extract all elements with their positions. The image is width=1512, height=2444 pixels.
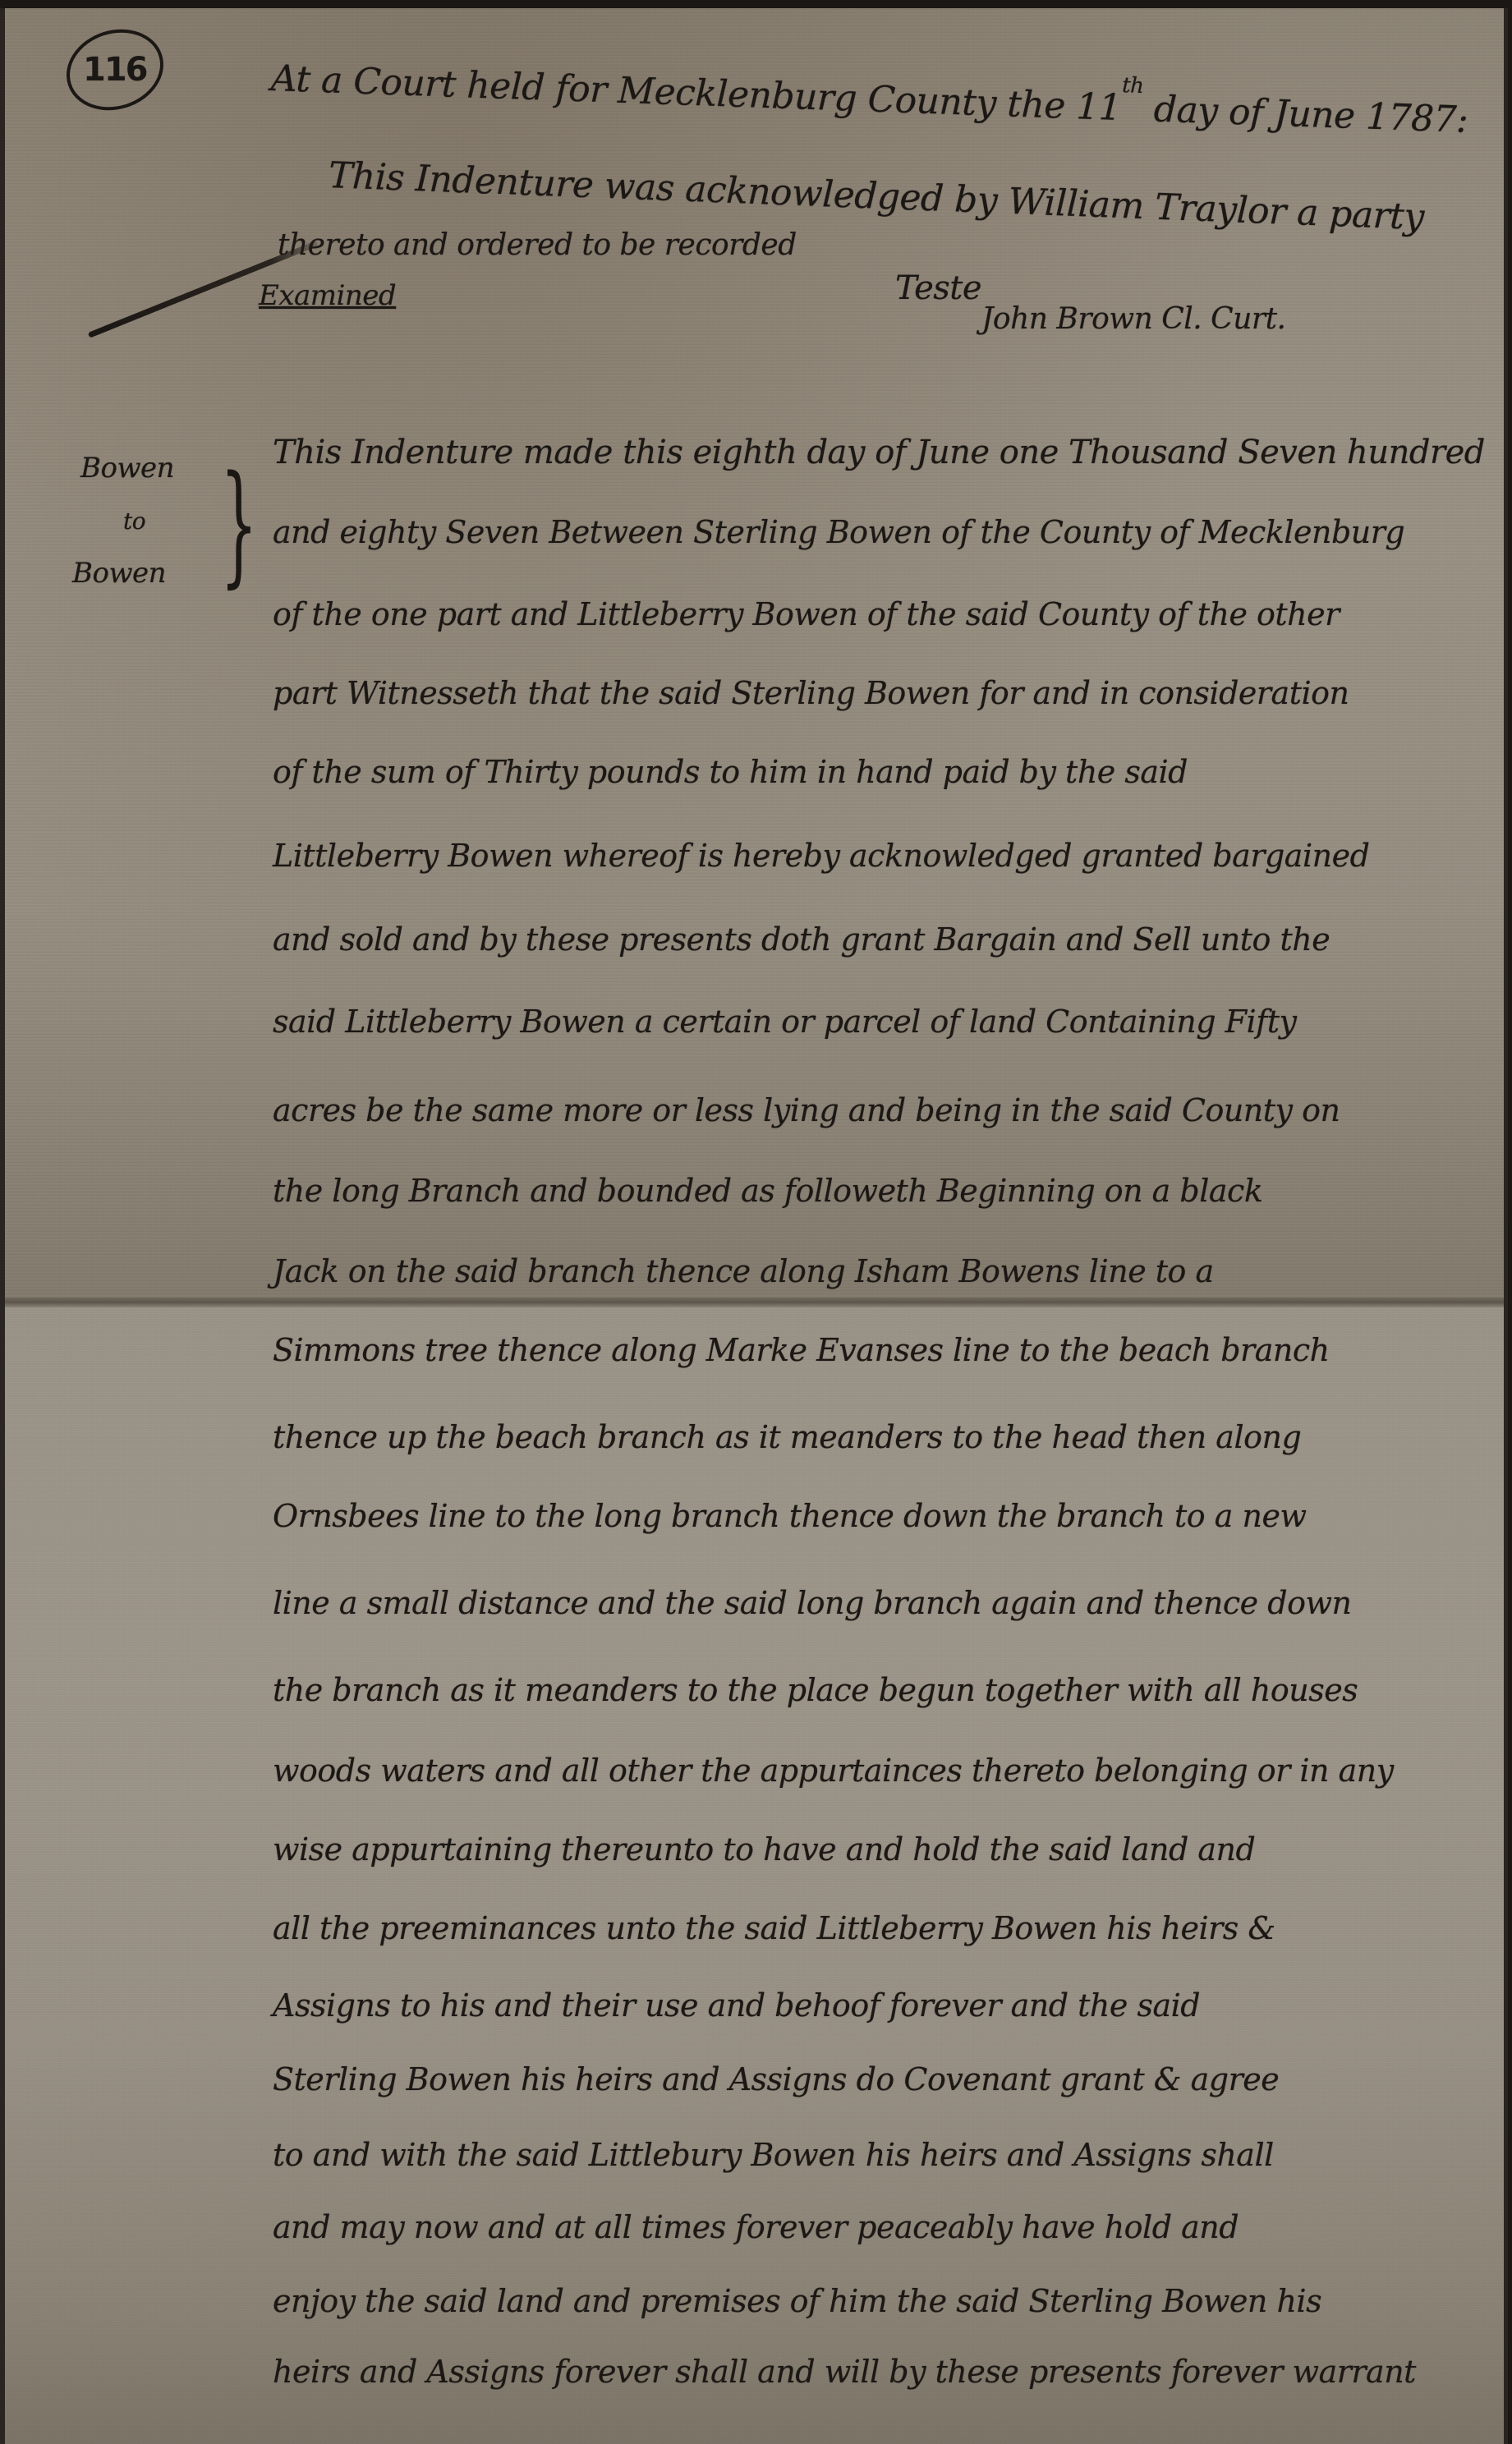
paper-sheet-lower bbox=[0, 1307, 1508, 2444]
body-line: the long Branch and bounded as followeth… bbox=[273, 1173, 1262, 1209]
body-line: Ornsbees line to the long branch thence … bbox=[273, 1498, 1306, 1534]
body-line: thence up the beach branch as it meander… bbox=[273, 1419, 1301, 1455]
examined-label: Examined bbox=[259, 279, 396, 312]
document-page: 116 At a Court held for Mecklenburg Coun… bbox=[0, 8, 1508, 2444]
body-line: acres be the same more or less lying and… bbox=[273, 1092, 1340, 1128]
body-line: enjoy the said land and premises of him … bbox=[273, 2283, 1321, 2319]
body-line: Simmons tree thence along Marke Evanses … bbox=[273, 1332, 1330, 1368]
body-line: Jack on the said branch thence along Ish… bbox=[273, 1253, 1214, 1289]
page-number: 116 bbox=[83, 51, 147, 89]
body-line: Sterling Bowen his heirs and Assigns do … bbox=[273, 2061, 1279, 2097]
body-line: of the sum of Thirty pounds to him in ha… bbox=[273, 754, 1188, 790]
margin-note-to: to bbox=[123, 508, 145, 535]
body-line: to and with the said Littlebury Bowen hi… bbox=[273, 2137, 1274, 2173]
body-line: said Littleberry Bowen a certain or parc… bbox=[273, 1004, 1296, 1040]
body-line: Assigns to his and their use and behoof … bbox=[273, 1987, 1200, 2024]
body-line: heirs and Assigns forever shall and will… bbox=[273, 2354, 1416, 2390]
margin-note-grantor: Bowen bbox=[80, 452, 174, 485]
sheet-seam bbox=[0, 1298, 1508, 1307]
curly-brace-icon: } bbox=[220, 458, 258, 590]
body-line: the branch as it meanders to the place b… bbox=[273, 1672, 1358, 1708]
ordinal-suffix: th bbox=[1122, 74, 1144, 99]
body-line: woods waters and all other the appurtain… bbox=[273, 1753, 1394, 1789]
body-line: and sold and by these presents doth gran… bbox=[273, 921, 1330, 958]
teste-label: Teste bbox=[895, 269, 981, 307]
body-line: of the one part and Littleberry Bowen of… bbox=[273, 596, 1340, 632]
body-line: wise appurtaining thereunto to have and … bbox=[273, 1831, 1255, 1867]
scan-border-right bbox=[1504, 8, 1508, 2444]
body-line: and eighty Seven Between Sterling Bowen … bbox=[273, 514, 1404, 550]
body-line: all the preeminances unto the said Littl… bbox=[273, 1910, 1275, 1946]
body-line: and may now and at all times forever pea… bbox=[273, 2209, 1239, 2245]
body-line: This Indenture made this eighth day of J… bbox=[273, 434, 1485, 471]
margin-note-grantee: Bowen bbox=[72, 557, 166, 590]
margin-note: Bowen to Bowen } bbox=[72, 452, 261, 600]
clerk-signature: John Brown Cl. Curt. bbox=[981, 302, 1286, 336]
ordered-recorded-line: thereto and ordered to be recorded bbox=[278, 228, 797, 262]
body-line: Littleberry Bowen whereof is hereby ackn… bbox=[273, 838, 1369, 874]
body-line: part Witnesseth that the said Sterling B… bbox=[273, 675, 1349, 711]
scan-border-left bbox=[0, 8, 5, 2444]
body-line: line a small distance and the said long … bbox=[273, 1585, 1351, 1621]
